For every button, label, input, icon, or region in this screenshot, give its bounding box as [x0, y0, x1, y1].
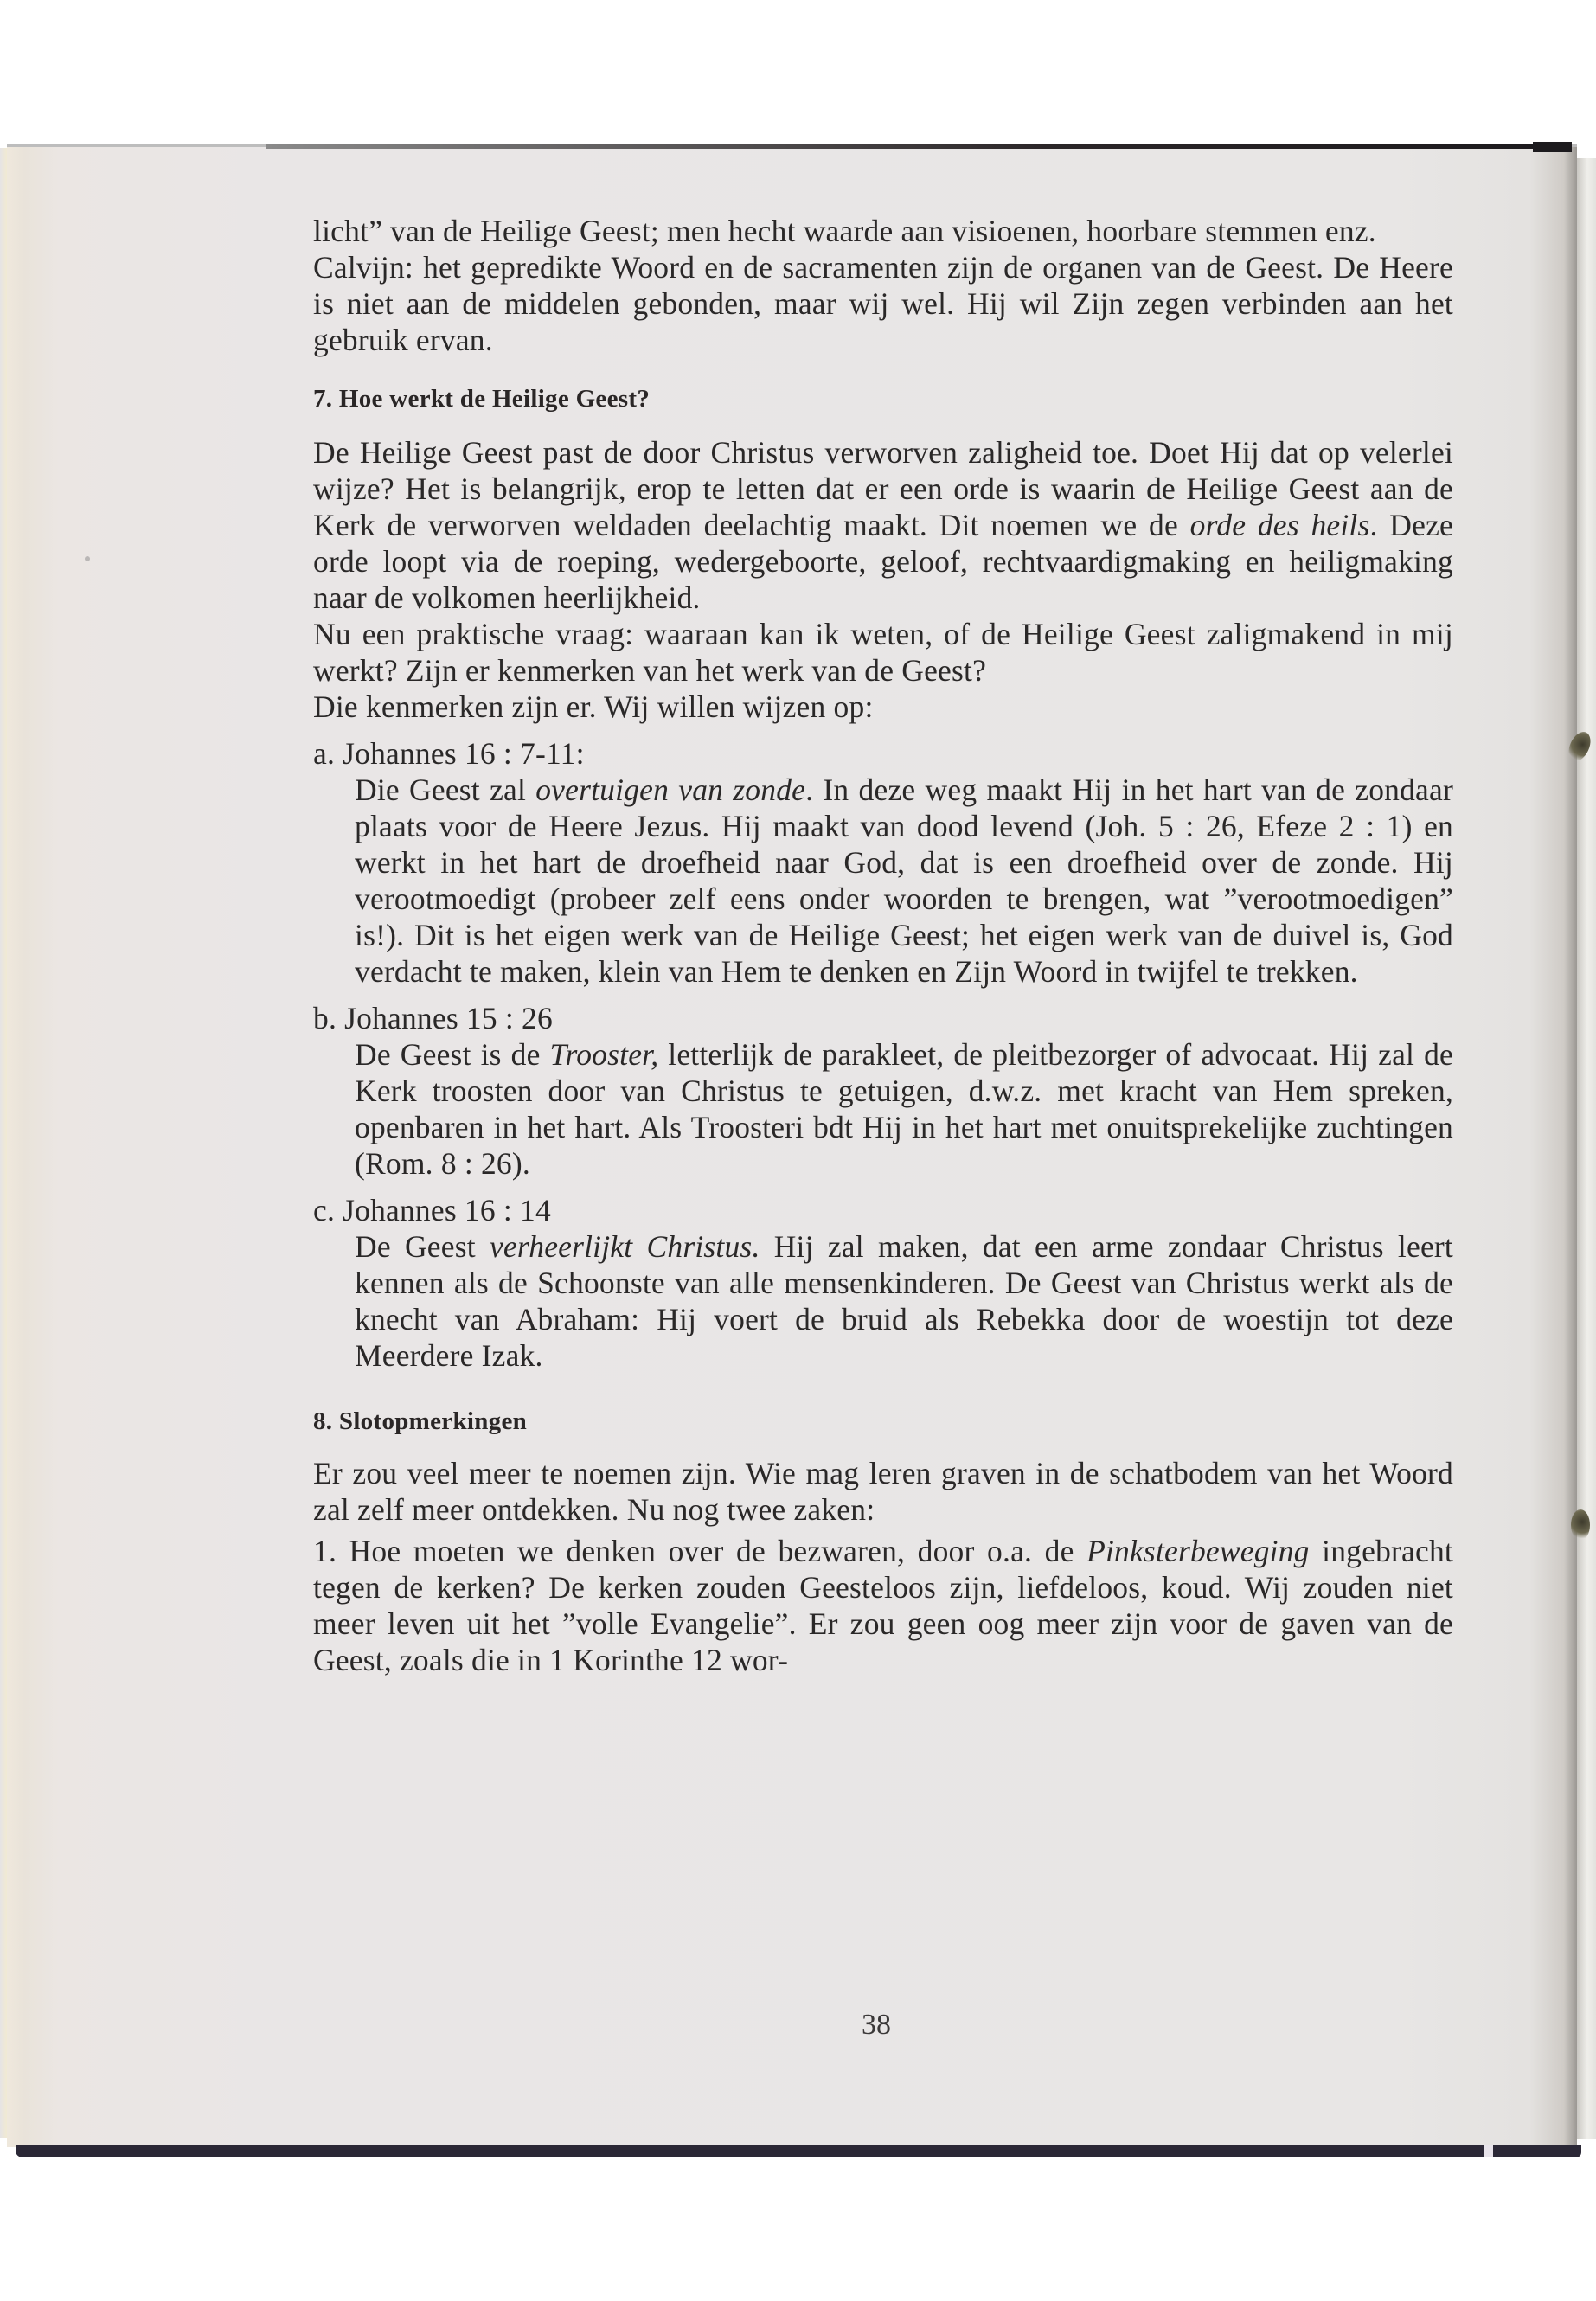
bottom-edge-gap: [1484, 2145, 1493, 2157]
list-item-c-body: De Geest verheerlijkt Christus. Hij zal …: [313, 1228, 1453, 1374]
paragraph-intro-1: licht” van de Heilige Geest; men hecht w…: [313, 213, 1453, 249]
list-item-c-label: c. Johannes 16 : 14: [313, 1192, 1453, 1228]
paragraph-orde-des-heils: De Heilige Geest past de door Christus v…: [313, 434, 1453, 616]
body-text: licht” van de Heilige Geest; men hecht w…: [313, 213, 1453, 1678]
scan-speck: [85, 556, 90, 561]
list-item-a-label: a. Johannes 16 : 7-11:: [313, 735, 1453, 772]
right-page-edge: [1577, 158, 1596, 2139]
bottom-edge-shadow: [16, 2145, 1581, 2157]
emphasis-orde-des-heils: orde des heils: [1190, 508, 1370, 542]
section-heading-8: 8. Slotopmerkingen: [313, 1403, 1453, 1439]
paragraph-point-1: 1. Hoe moeten we denken over de bezwaren…: [313, 1533, 1453, 1678]
top-edge-shadow: [266, 144, 1547, 149]
paragraph-question: Nu een praktische vraag: waaraan kan ik …: [313, 616, 1453, 689]
paragraph-slot: Er zou veel meer te noemen zijn. Wie mag…: [313, 1455, 1453, 1528]
section-heading-7: 7. Hoe werkt de Heilige Geest?: [313, 381, 1453, 417]
page-number: 38: [862, 2009, 891, 2041]
paragraph-kenmerken: Die kenmerken zijn er. Wij willen wijzen…: [313, 689, 1453, 725]
paragraph-intro-calvijn: Calvijn: het gepredikte Woord en de sacr…: [313, 249, 1453, 358]
page-edge-mark: [1571, 1509, 1590, 1541]
list-item-b-label: b. Johannes 15 : 26: [313, 1000, 1453, 1036]
corner-shadow: [1533, 142, 1572, 152]
list-item-b-body: De Geest is de Trooster, letterlijk de p…: [313, 1036, 1453, 1182]
list-item-a-body: Die Geest zal overtuigen van zonde. In d…: [313, 772, 1453, 990]
